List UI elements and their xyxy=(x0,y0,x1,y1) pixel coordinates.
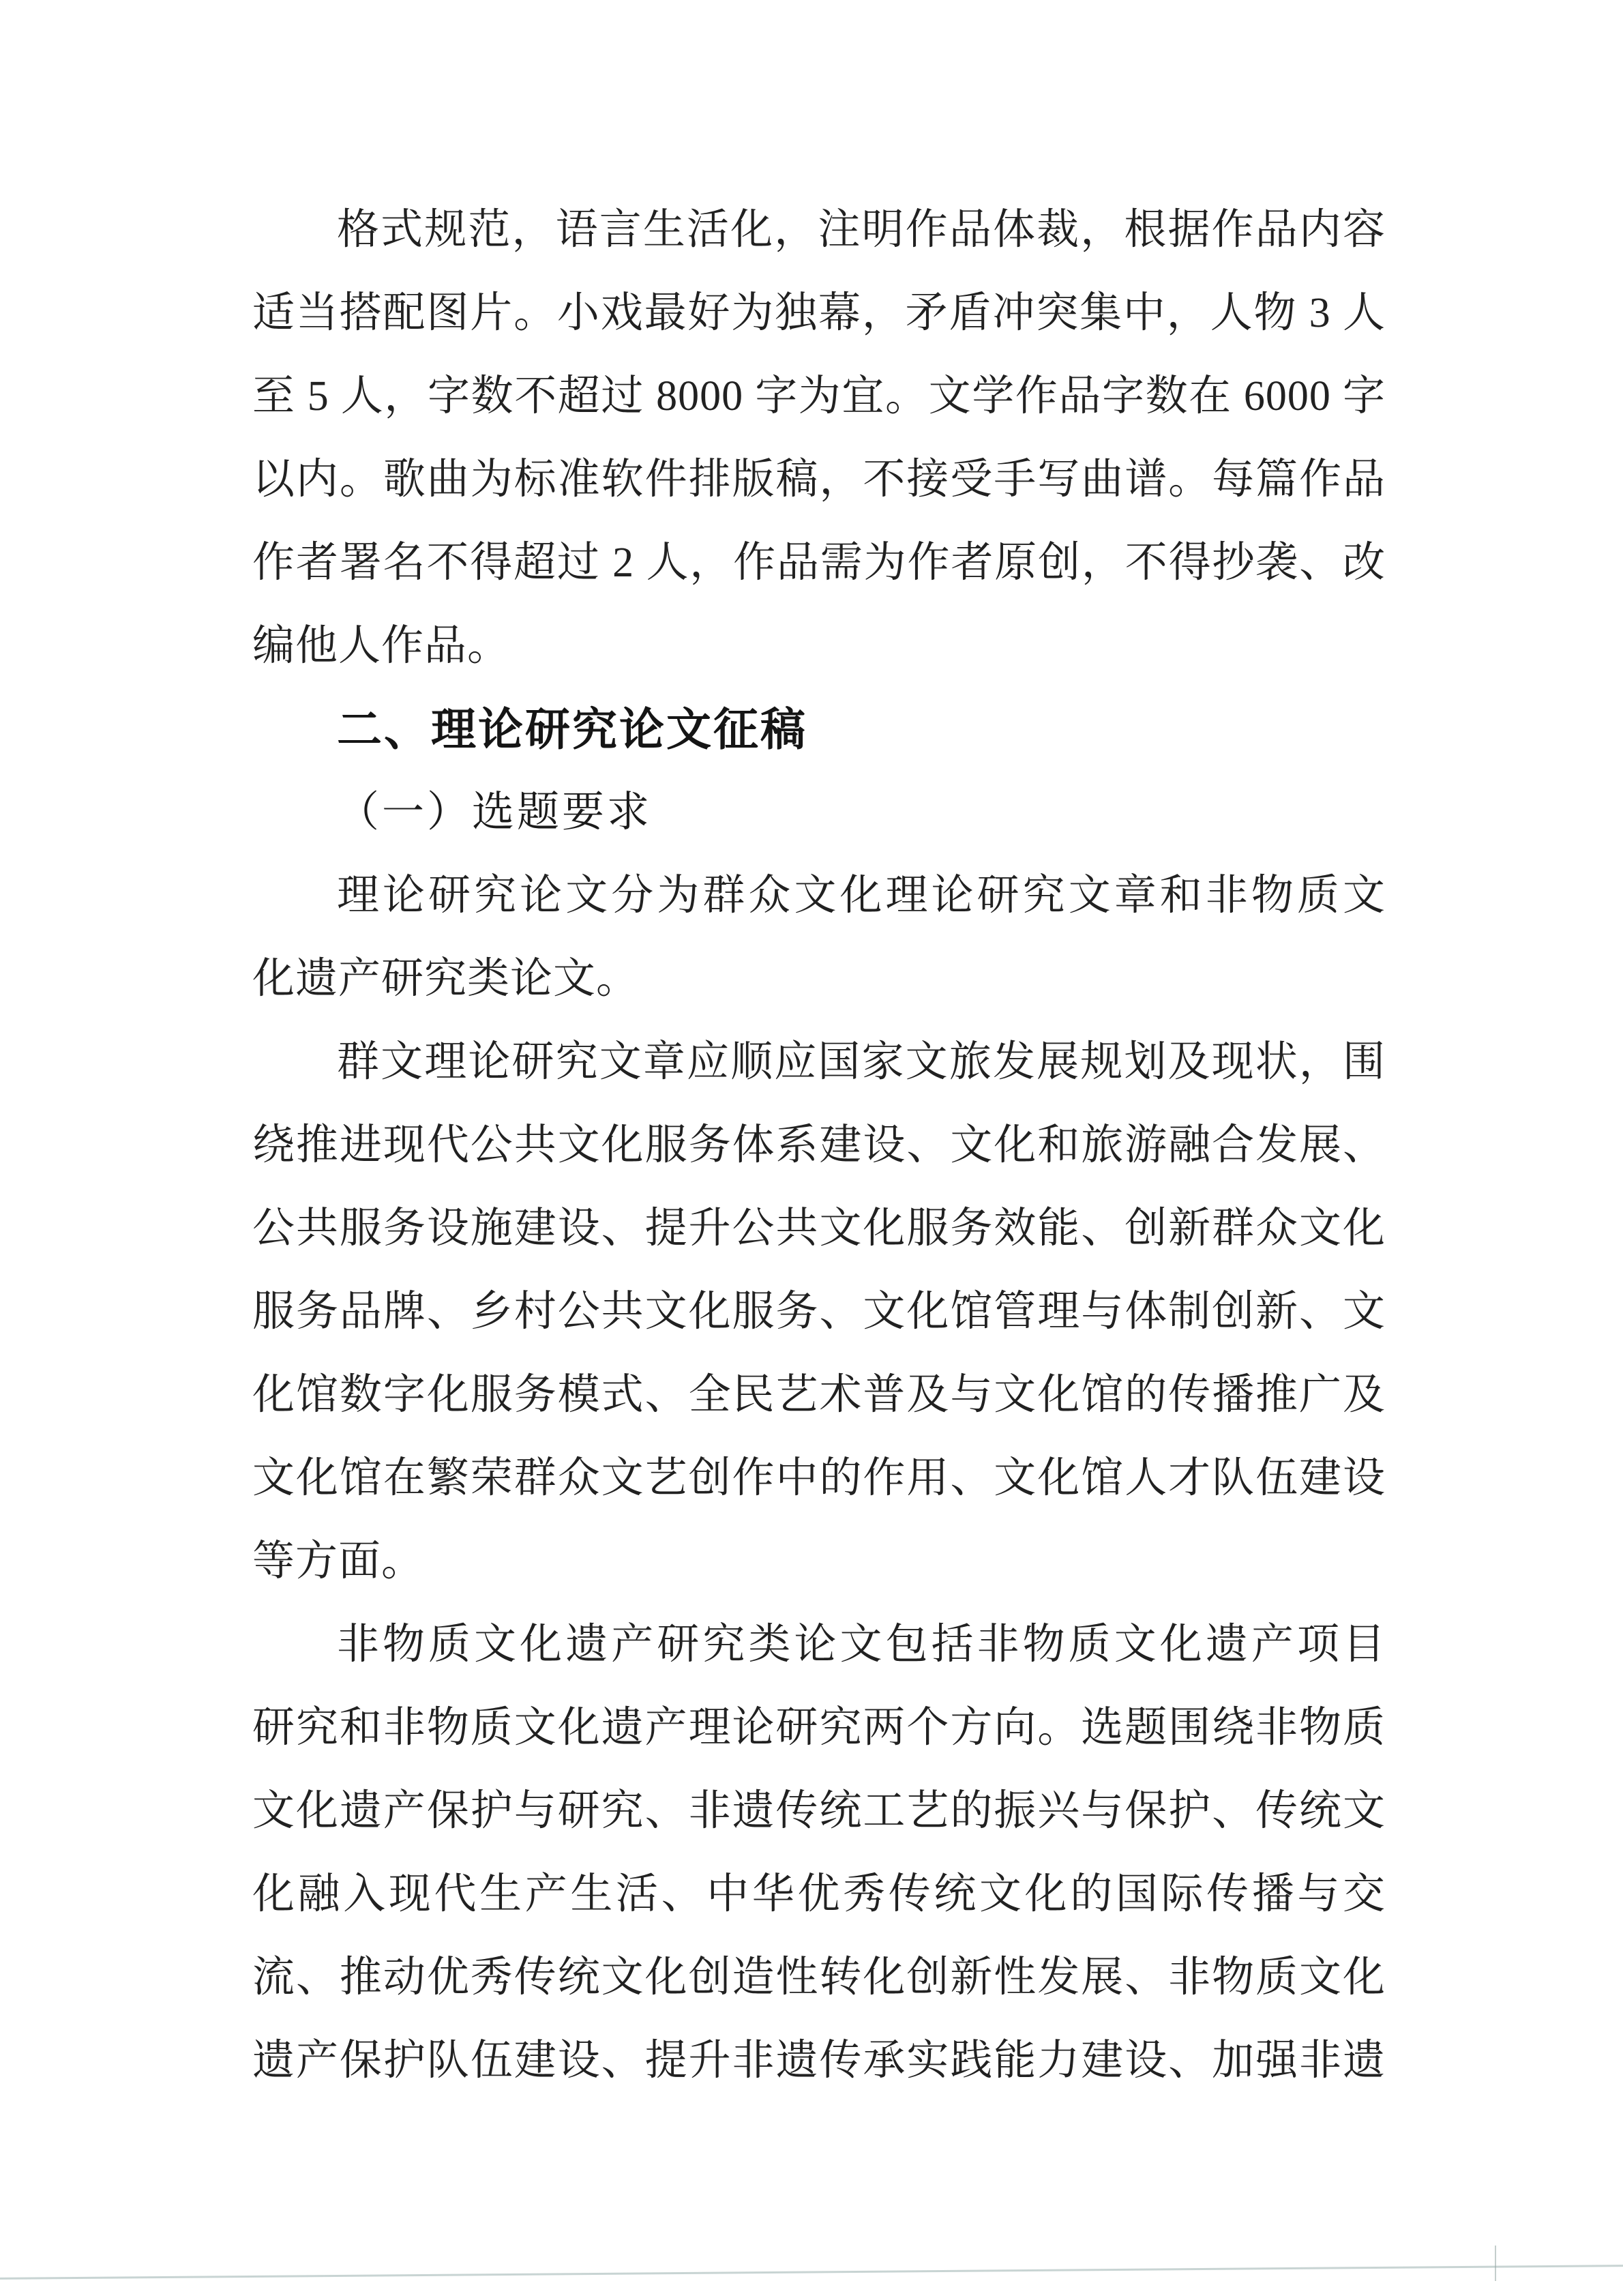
text-line: 等方面。 xyxy=(252,1520,1386,1603)
text-line: 文化馆在繁荣群众文艺创作中的作用、文化馆人才队伍建设 xyxy=(252,1437,1386,1520)
scan-artifact-line xyxy=(0,2265,1623,2280)
text-line: 流、推动优秀传统文化创造性转化创新性发展、非物质文化 xyxy=(252,1936,1386,2019)
text-line: 化馆数字化服务模式、全民艺术普及与文化馆的传播推广及 xyxy=(252,1353,1386,1437)
text-line: 文化遗产保护与研究、非遗传统工艺的振兴与保护、传统文 xyxy=(252,1769,1386,1853)
text-line: 群文理论研究文章应顺应国家文旅发展规划及现状，围 xyxy=(252,1020,1386,1104)
text-line: 公共服务设施建设、提升公共文化服务效能、创新群众文化 xyxy=(252,1187,1386,1270)
text-line: 至 5 人，字数不超过 8000 字为宜。文学作品字数在 6000 字 xyxy=(252,355,1386,438)
text-line: 服务品牌、乡村公共文化服务、文化馆管理与体制创新、文 xyxy=(252,1270,1386,1353)
text-line: 化遗产研究类论文。 xyxy=(252,937,1386,1020)
text-line: 化融入现代生产生活、中华优秀传统文化的国际传播与交 xyxy=(252,1853,1386,1936)
subsection-heading: （一）选题要求 xyxy=(252,771,1386,854)
text-line: 格式规范，语言生活化，注明作品体裁，根据作品内容 xyxy=(252,188,1386,271)
text-line: 以内。歌曲为标准软件排版稿，不接受手写曲谱。每篇作品 xyxy=(252,438,1386,521)
scan-artifact-tick xyxy=(1495,2246,1496,2281)
text-line: 遗产保护队伍建设、提升非遗传承实践能力建设、加强非遗 xyxy=(252,2019,1386,2102)
text-line: 非物质文化遗产研究类论文包括非物质文化遗产项目 xyxy=(252,1603,1386,1686)
text-line: 适当搭配图片。小戏最好为独幕，矛盾冲突集中，人物 3 人 xyxy=(252,271,1386,355)
document-body: 格式规范，语言生活化，注明作品体裁，根据作品内容 适当搭配图片。小戏最好为独幕，… xyxy=(252,188,1386,2102)
text-line: 研究和非物质文化遗产理论研究两个方向。选题围绕非物质 xyxy=(252,1686,1386,1769)
text-line: 理论研究论文分为群众文化理论研究文章和非物质文 xyxy=(252,854,1386,937)
section-heading: 二、理论研究论文征稿 xyxy=(252,688,1386,771)
text-line: 绕推进现代公共文化服务体系建设、文化和旅游融合发展、 xyxy=(252,1104,1386,1187)
scanned-page: 格式规范，语言生活化，注明作品体裁，根据作品内容 适当搭配图片。小戏最好为独幕，… xyxy=(0,0,1623,2296)
document-page: { "page": { "background": "#ffffff", "te… xyxy=(0,0,1623,2296)
text-line: 编他人作品。 xyxy=(252,604,1386,688)
text-line: 作者署名不得超过 2 人，作品需为作者原创，不得抄袭、改 xyxy=(252,521,1386,604)
